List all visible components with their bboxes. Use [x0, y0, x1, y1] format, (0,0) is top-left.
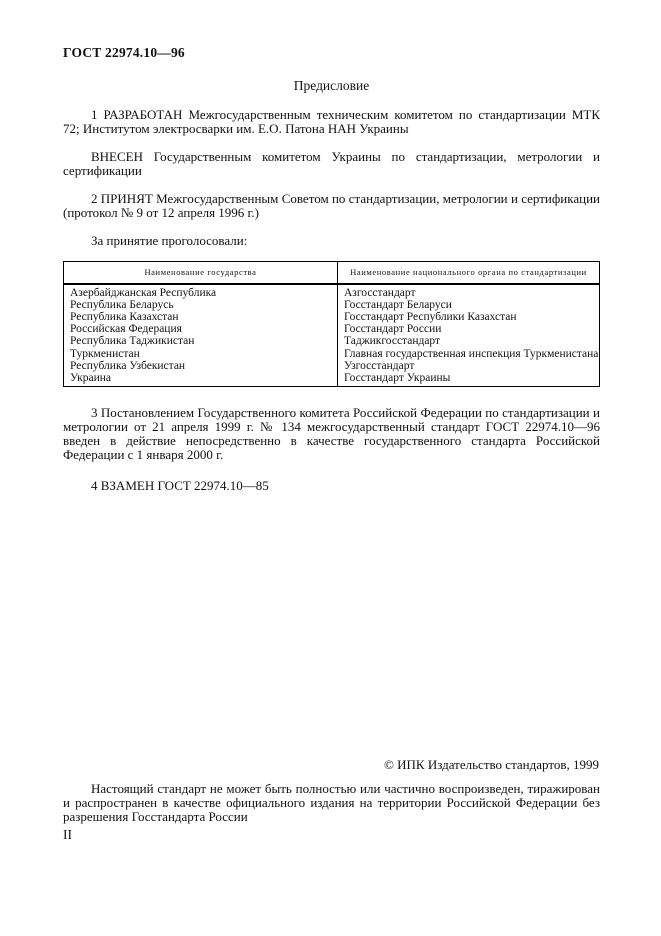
table-row: Республика Таджикистан Таджикгосстандарт [64, 335, 600, 347]
page-content: ГОСТ 22974.10—96 Предисловие 1 РАЗРАБОТА… [63, 0, 600, 493]
table-row: Украина Госстандарт Украины [64, 372, 600, 387]
paragraph-submitted: ВНЕСЕН Государственным комитетом Украины… [63, 150, 600, 178]
country-cell: Республика Узбекистан [64, 360, 338, 372]
preface-title: Предисловие [63, 78, 600, 94]
reproduction-notice: Настоящий стандарт не может быть полност… [63, 782, 600, 824]
vote-table-body: Азербайджанская Республика Азгосстандарт… [64, 284, 600, 387]
vote-table-header-country: Наименование государства [64, 262, 338, 284]
country-cell: Туркменистан [64, 348, 338, 360]
org-cell: Госстандарт Республики Казахстан [338, 311, 600, 323]
org-cell: Главная государственная инспекция Туркме… [338, 348, 600, 360]
org-cell: Госстандарт Украины [338, 372, 600, 387]
country-cell: Республика Беларусь [64, 299, 338, 311]
doc-code: ГОСТ 22974.10—96 [63, 45, 600, 61]
vote-table-header-org: Наименование национального органа по ста… [338, 262, 600, 284]
table-row: Республика Узбекистан Узгосстандарт [64, 360, 600, 372]
table-row: Российская Федерация Госстандарт России [64, 323, 600, 335]
paragraph-enacted: 3 Постановлением Государственного комите… [63, 406, 600, 462]
table-row: Туркменистан Главная государственная инс… [64, 348, 600, 360]
paragraph-developed: 1 РАЗРАБОТАН Межгосударственным техничес… [63, 108, 600, 136]
vote-table-header: Наименование государства Наименование на… [64, 262, 600, 284]
country-cell: Российская Федерация [64, 323, 338, 335]
paragraph-adopted: 2 ПРИНЯТ Межгосударственным Советом по с… [63, 192, 600, 220]
country-cell: Республика Таджикистан [64, 335, 338, 347]
table-row: Республика Беларусь Госстандарт Беларуси [64, 299, 600, 311]
country-cell: Азербайджанская Республика [64, 284, 338, 299]
org-cell: Госстандарт Беларуси [338, 299, 600, 311]
org-cell: Госстандарт России [338, 323, 600, 335]
paragraph-replaces: 4 ВЗАМЕН ГОСТ 22974.10—85 [63, 479, 600, 493]
country-cell: Республика Казахстан [64, 311, 338, 323]
org-cell: Азгосстандарт [338, 284, 600, 299]
vote-intro: За принятие проголосовали: [63, 234, 600, 248]
table-row: Республика Казахстан Госстандарт Республ… [64, 311, 600, 323]
table-row: Азербайджанская Республика Азгосстандарт [64, 284, 600, 299]
vote-table-header-row: Наименование государства Наименование на… [64, 262, 600, 284]
page-number: II [63, 827, 72, 843]
org-cell: Таджикгосстандарт [338, 335, 600, 347]
org-cell: Узгосстандарт [338, 360, 600, 372]
country-cell: Украина [64, 372, 338, 387]
copyright-line: © ИПК Издательство стандартов, 1999 [384, 757, 599, 773]
document-page: ГОСТ 22974.10—96 Предисловие 1 РАЗРАБОТА… [0, 0, 661, 936]
vote-table: Наименование государства Наименование на… [63, 261, 600, 387]
